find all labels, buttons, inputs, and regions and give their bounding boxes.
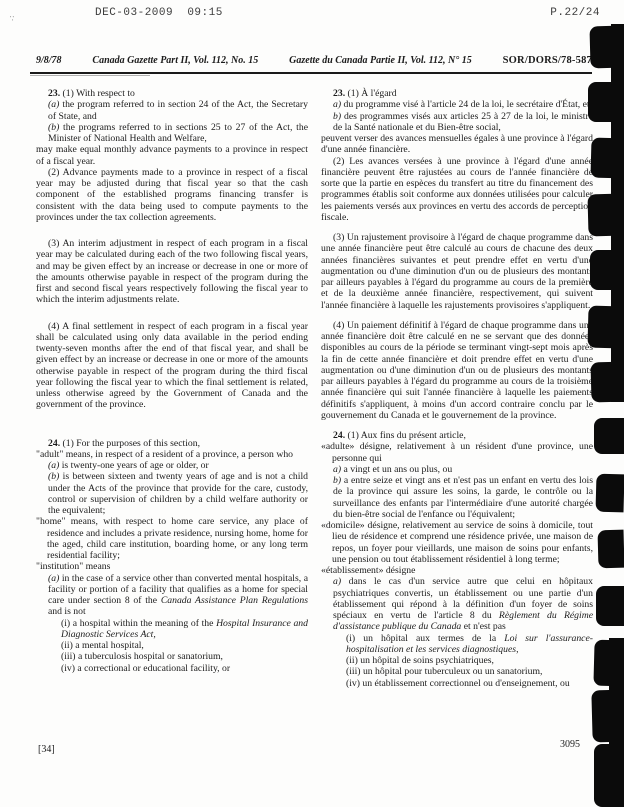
paragraph: b) des programmes visés aux articles 25 … <box>333 111 593 134</box>
paragraph: (a) is twenty-one years of age or older,… <box>48 460 308 471</box>
fax-page-indicator: P.22/24 <box>550 7 600 19</box>
paragraph: 23. (1) À l'égard <box>321 88 593 99</box>
paragraph: a) du programme visé à l'article 24 de l… <box>333 99 593 110</box>
publication-date: 9/8/78 <box>36 55 62 66</box>
paragraph: (4) A final settlement in respect of eac… <box>36 321 308 411</box>
paragraph: «adulte» désigne, relativement à un rési… <box>321 441 593 464</box>
paragraph: (4) Un paiement définitif à l'égard de c… <box>321 320 593 421</box>
scan-artifact-blob <box>594 418 624 454</box>
paragraph: (2) Advance payments made to a province … <box>36 167 308 223</box>
paragraph: (b) the programs referred to in sections… <box>48 122 308 145</box>
paragraph: (i) un hôpital aux termes de la Loi sur … <box>346 633 593 656</box>
paragraph: (ii) a mental hospital, <box>61 640 308 651</box>
paragraph: (a) in the case of a service other than … <box>48 573 308 618</box>
scan-artifact-blob <box>596 586 624 626</box>
scanned-page: ·: DEC-03-2009 09:15 P.22/24 9/8/78 Cana… <box>0 0 624 807</box>
text-columns: 23. (1) With respect to(a) the program r… <box>36 88 594 689</box>
scan-artifact-strip <box>609 638 624 807</box>
fax-timestamp: DEC-03-2009 09:15 <box>95 7 223 19</box>
paragraph: (i) a hospital within the meaning of the… <box>61 618 308 641</box>
paragraph: (iv) un établissement correctionnel ou d… <box>346 678 593 689</box>
paragraph: (iv) a correctional or educational facil… <box>61 663 308 674</box>
paragraph: 23. (1) With respect to <box>36 88 308 99</box>
paragraph: «domicile» désigne, relativement au serv… <box>321 520 593 565</box>
paragraph: «établissement» désigne <box>321 565 593 576</box>
paragraph: (3) An interim adjustment in respect of … <box>36 238 308 306</box>
paragraph: may make equal monthly advance payments … <box>36 144 308 167</box>
paragraph: 24. (1) Aux fins du présent article, <box>321 430 593 441</box>
paragraph: b) a entre seize et vingt ans et n'est p… <box>333 475 593 520</box>
paragraph: "home" means, with respect to home care … <box>36 516 308 561</box>
scan-artifact-strip <box>611 24 624 402</box>
paragraph: (2) Les avances versées à une province à… <box>321 156 593 224</box>
gazette-title-english: Canada Gazette Part II, Vol. 112, No. 15 <box>92 55 258 66</box>
scan-artifact-blob <box>598 530 624 569</box>
paragraph: "institution" means <box>36 561 308 572</box>
page-number: 3095 <box>560 739 580 750</box>
french-column: 23. (1) À l'égarda) du programme visé à … <box>321 88 593 689</box>
paragraph: a) a vingt et un ans ou plus, ou <box>333 464 593 475</box>
paragraph: (iii) a tuberculosis hospital or sanator… <box>61 651 308 662</box>
paragraph: peuvent verser des avances mensuelles ég… <box>321 133 593 156</box>
section-page-marker: [34] <box>38 744 55 755</box>
paragraph: (ii) un hôpital de soins psychiatriques, <box>346 655 593 666</box>
paragraph: 24. (1) For the purposes of this section… <box>36 438 308 449</box>
english-column: 23. (1) With respect to(a) the program r… <box>36 88 308 689</box>
gazette-title-french: Gazette du Canada Partie II, Vol. 112, N… <box>289 55 472 66</box>
publication-header: 9/8/78 Canada Gazette Part II, Vol. 112,… <box>36 55 592 66</box>
fax-header: DEC-03-2009 09:15 P.22/24 <box>0 7 600 19</box>
header-rule <box>30 72 592 74</box>
regulation-number: SOR/DORS/78-587 <box>503 55 592 66</box>
paragraph: (a) the program referred to in section 2… <box>48 99 308 122</box>
paragraph: (b) is between sixteen and twenty years … <box>48 471 308 516</box>
paragraph: a) dans le cas d'un service autre que ce… <box>333 576 593 632</box>
scan-artifact-blob <box>596 474 624 513</box>
paragraph: (3) Un rajustement provisoire à l'égard … <box>321 232 593 311</box>
paragraph: "adult" means, in respect of a resident … <box>36 449 308 460</box>
paragraph: (iii) un hôpital pour tuberculeux ou un … <box>346 666 593 677</box>
